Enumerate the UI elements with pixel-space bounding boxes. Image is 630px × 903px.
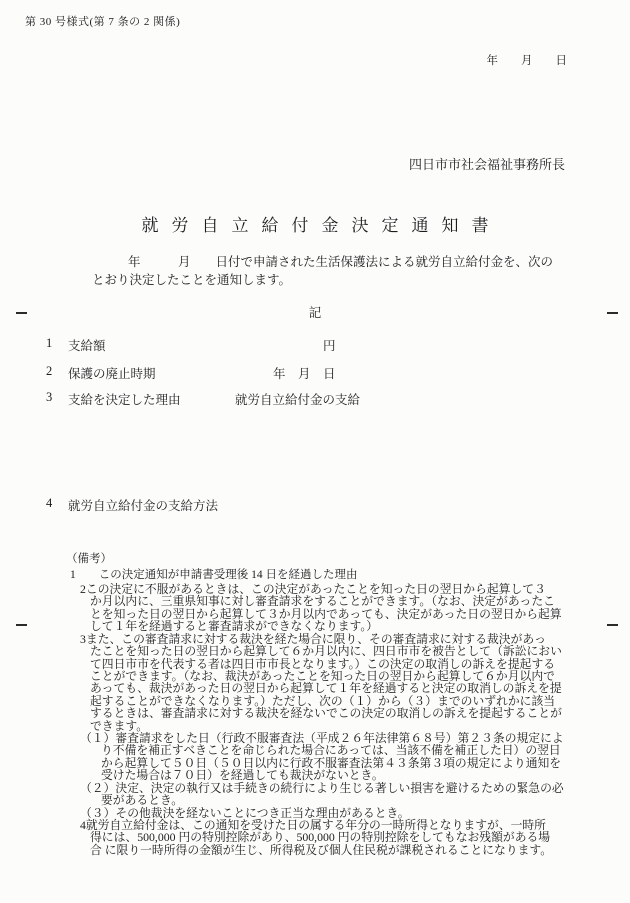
item-row-payment-amount: 1 支給額 円 bbox=[0, 336, 630, 352]
notice-document-page: 第 30 号様式(第 7 条の 2 関係) 年 月 日 四日市市社会福祉事務所長… bbox=[0, 0, 630, 903]
intro-line-2: とおり決定したことを通知します。 bbox=[92, 270, 291, 288]
remarks-line: あっても、裁決があった日の翌日から起算して１年を経過すると決定の取消しの訴えを提 bbox=[80, 682, 566, 694]
item-value-unit-yen: 円 bbox=[323, 336, 336, 354]
item-label: 保護の廃止時期 bbox=[68, 364, 156, 382]
item-row-payment-method: 4 就労自立給付金の支給方法 bbox=[0, 496, 630, 512]
fold-mark-bottom-right bbox=[607, 624, 618, 626]
remarks-line: たことを知った日の翌日から起算して６か月以内に、四日市市を被告として（訴訟におい bbox=[80, 645, 566, 657]
item-label: 支給額 bbox=[68, 336, 106, 354]
remarks-line: するときは、審査請求に対する裁決を経ないでこの決定の取消しの訴えを提起することが bbox=[80, 707, 566, 719]
remarks-header: （備考） bbox=[66, 550, 112, 566]
document-title: 就労自立給付金決定通知書 bbox=[0, 211, 630, 236]
record-heading: 記 bbox=[0, 303, 630, 321]
remarks-line: して１年を経過すると審査請求ができなくなります。） bbox=[80, 620, 566, 632]
item-value-date-blanks: 年 月 日 bbox=[273, 364, 336, 382]
remarks-fine-print: 2この決定に不服があるときは、この決定があったことを知った日の翌日から起算して３… bbox=[80, 583, 566, 856]
item-number: 2 bbox=[46, 364, 52, 379]
remarks-line: か月以内に、三重県知事に対し審査請求をすることができます。（なお、決定があったこ bbox=[80, 595, 566, 607]
intro-line-1: 年 月 日付で申請された生活保護法による就労自立給付金を、次の bbox=[128, 252, 553, 270]
item-number: 3 bbox=[46, 390, 52, 405]
remarks-line: 要があるとき。 bbox=[80, 794, 566, 806]
item-number: 1 bbox=[46, 336, 52, 351]
fold-mark-top-right bbox=[607, 312, 618, 314]
remarks-line: 得には、500,000 円の特別控除があり、500,000 円の特別控除をしても… bbox=[80, 831, 566, 843]
item-row-protection-end-date: 2 保護の廃止時期 年 月 日 bbox=[0, 364, 630, 380]
item-number: 4 bbox=[46, 496, 52, 511]
item-value-reason: 就労自立給付金の支給 bbox=[235, 390, 360, 408]
item-row-decision-reason: 3 支給を決定した理由 就労自立給付金の支給 bbox=[0, 390, 630, 406]
form-number: 第 30 号様式(第 7 条の 2 関係) bbox=[25, 13, 180, 29]
issuer-title: 四日市市社会福祉事務所長 bbox=[409, 154, 565, 173]
remarks-line: 受けた場合は７０日）を経過しても裁決がないとき。 bbox=[80, 769, 566, 781]
remarks-line: 合 に限り一時所得の金額が生じ、所得税及び個人住民税が課税されることになります。 bbox=[80, 844, 566, 856]
remark-item-1: 1 この決定通知が申請書受理後 14 日を経過した理由 bbox=[70, 566, 358, 582]
item-label: 就労自立給付金の支給方法 bbox=[68, 496, 218, 514]
fold-mark-top-left bbox=[16, 312, 27, 314]
fold-mark-bottom-left bbox=[16, 624, 27, 626]
issue-date-line: 年 月 日 bbox=[487, 52, 568, 68]
item-label: 支給を決定した理由 bbox=[68, 390, 181, 408]
